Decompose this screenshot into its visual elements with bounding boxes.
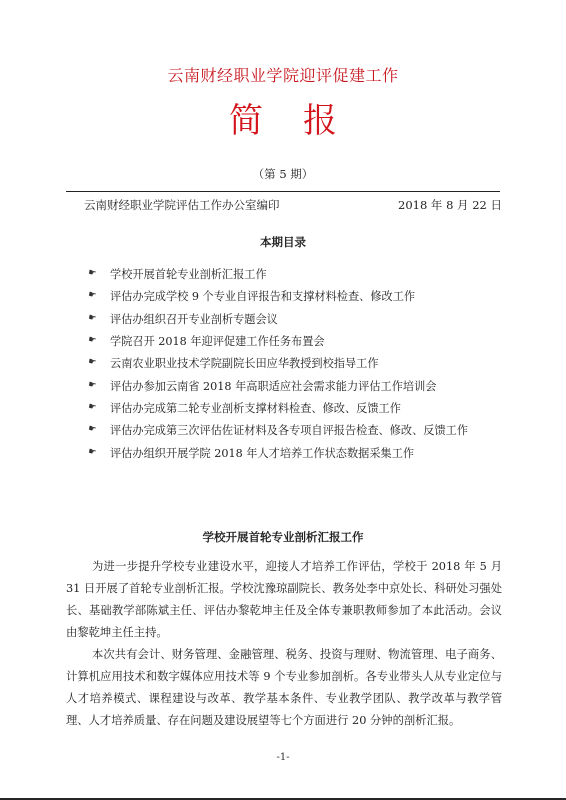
- masthead-organization: 云南财经职业学院迎评促建工作: [0, 63, 566, 86]
- article-title: 学校开展首轮专业剖析汇报工作: [0, 529, 566, 545]
- hand-pointing-icon: ☛: [87, 402, 101, 415]
- toc-item-label: 学院召开 2018 年迎评促建工作任务布置会: [110, 333, 325, 349]
- toc-item-label: 评估办组织召开专业剖析专题会议: [110, 311, 278, 327]
- table-of-contents: ☛ 学校开展首轮专业剖析汇报工作 ☛ 评估办完成学校 9 个专业自评报告和支撑材…: [88, 263, 468, 464]
- toc-item[interactable]: ☛ 学校开展首轮专业剖析汇报工作: [88, 263, 468, 285]
- header-divider: [66, 191, 500, 192]
- article-body: 为进一步提升学校专业建设水平，迎接人才培养工作评估，学校于 2018 年 5 月…: [66, 556, 502, 732]
- issue-number: （第 5 期）: [0, 166, 566, 182]
- publisher: 云南财经职业学院评估工作办公室编印: [84, 197, 280, 213]
- page-number: -1-: [0, 752, 566, 763]
- toc-item[interactable]: ☛ 云南农业职业技术学院副院长田应华教授到校指导工作: [88, 352, 468, 374]
- toc-item[interactable]: ☛ 评估办参加云南省 2018 年高职适应社会需求能力评估工作培训会: [88, 374, 468, 396]
- toc-item-label: 云南农业职业技术学院副院长田应华教授到校指导工作: [110, 355, 379, 371]
- hand-pointing-icon: ☛: [87, 290, 101, 303]
- publication-date: 2018 年 8 月 22 日: [398, 197, 502, 213]
- toc-item[interactable]: ☛ 评估办组织召开专业剖析专题会议: [88, 308, 468, 330]
- toc-item[interactable]: ☛ 评估办完成第三次评估佐证材料及各专项自评报告检查、修改、反馈工作: [88, 419, 468, 441]
- toc-item[interactable]: ☛ 评估办完成第二轮专业剖析支撑材料检查、修改、反馈工作: [88, 397, 468, 419]
- article-paragraph: 为进一步提升学校专业建设水平，迎接人才培养工作评估，学校于 2018 年 5 月…: [66, 556, 502, 644]
- article-paragraph: 本次共有会计、财务管理、金融管理、税务、投资与理财、物流管理、电子商务、计算机应…: [66, 644, 502, 732]
- hand-pointing-icon: ☛: [87, 357, 101, 370]
- hand-pointing-icon: ☛: [87, 379, 101, 392]
- hand-pointing-icon: ☛: [87, 312, 101, 325]
- toc-item-label: 评估办完成第二轮专业剖析支撑材料检查、修改、反馈工作: [110, 400, 401, 416]
- masthead-title: 简报: [0, 104, 566, 138]
- hand-pointing-icon: ☛: [87, 335, 101, 348]
- document-page: 云南财经职业学院迎评促建工作 简报 （第 5 期） 云南财经职业学院评估工作办公…: [0, 0, 566, 798]
- toc-heading: 本期目录: [0, 234, 566, 250]
- toc-item-label: 评估办完成第三次评估佐证材料及各专项自评报告检查、修改、反馈工作: [110, 422, 468, 438]
- hand-pointing-icon: ☛: [87, 446, 101, 459]
- toc-item-label: 评估办组织开展学院 2018 年人才培养工作状态数据采集工作: [110, 445, 414, 461]
- toc-item[interactable]: ☛ 评估办完成学校 9 个专业自评报告和支撑材料检查、修改工作: [88, 285, 468, 307]
- toc-item-label: 学校开展首轮专业剖析汇报工作: [110, 266, 267, 282]
- toc-item-label: 评估办参加云南省 2018 年高职适应社会需求能力评估工作培训会: [110, 378, 436, 394]
- toc-item[interactable]: ☛ 学院召开 2018 年迎评促建工作任务布置会: [88, 330, 468, 352]
- hand-pointing-icon: ☛: [87, 268, 101, 281]
- toc-item-label: 评估办完成学校 9 个专业自评报告和支撑材料检查、修改工作: [110, 288, 415, 304]
- toc-item[interactable]: ☛ 评估办组织开展学院 2018 年人才培养工作状态数据采集工作: [88, 441, 468, 463]
- hand-pointing-icon: ☛: [87, 424, 101, 437]
